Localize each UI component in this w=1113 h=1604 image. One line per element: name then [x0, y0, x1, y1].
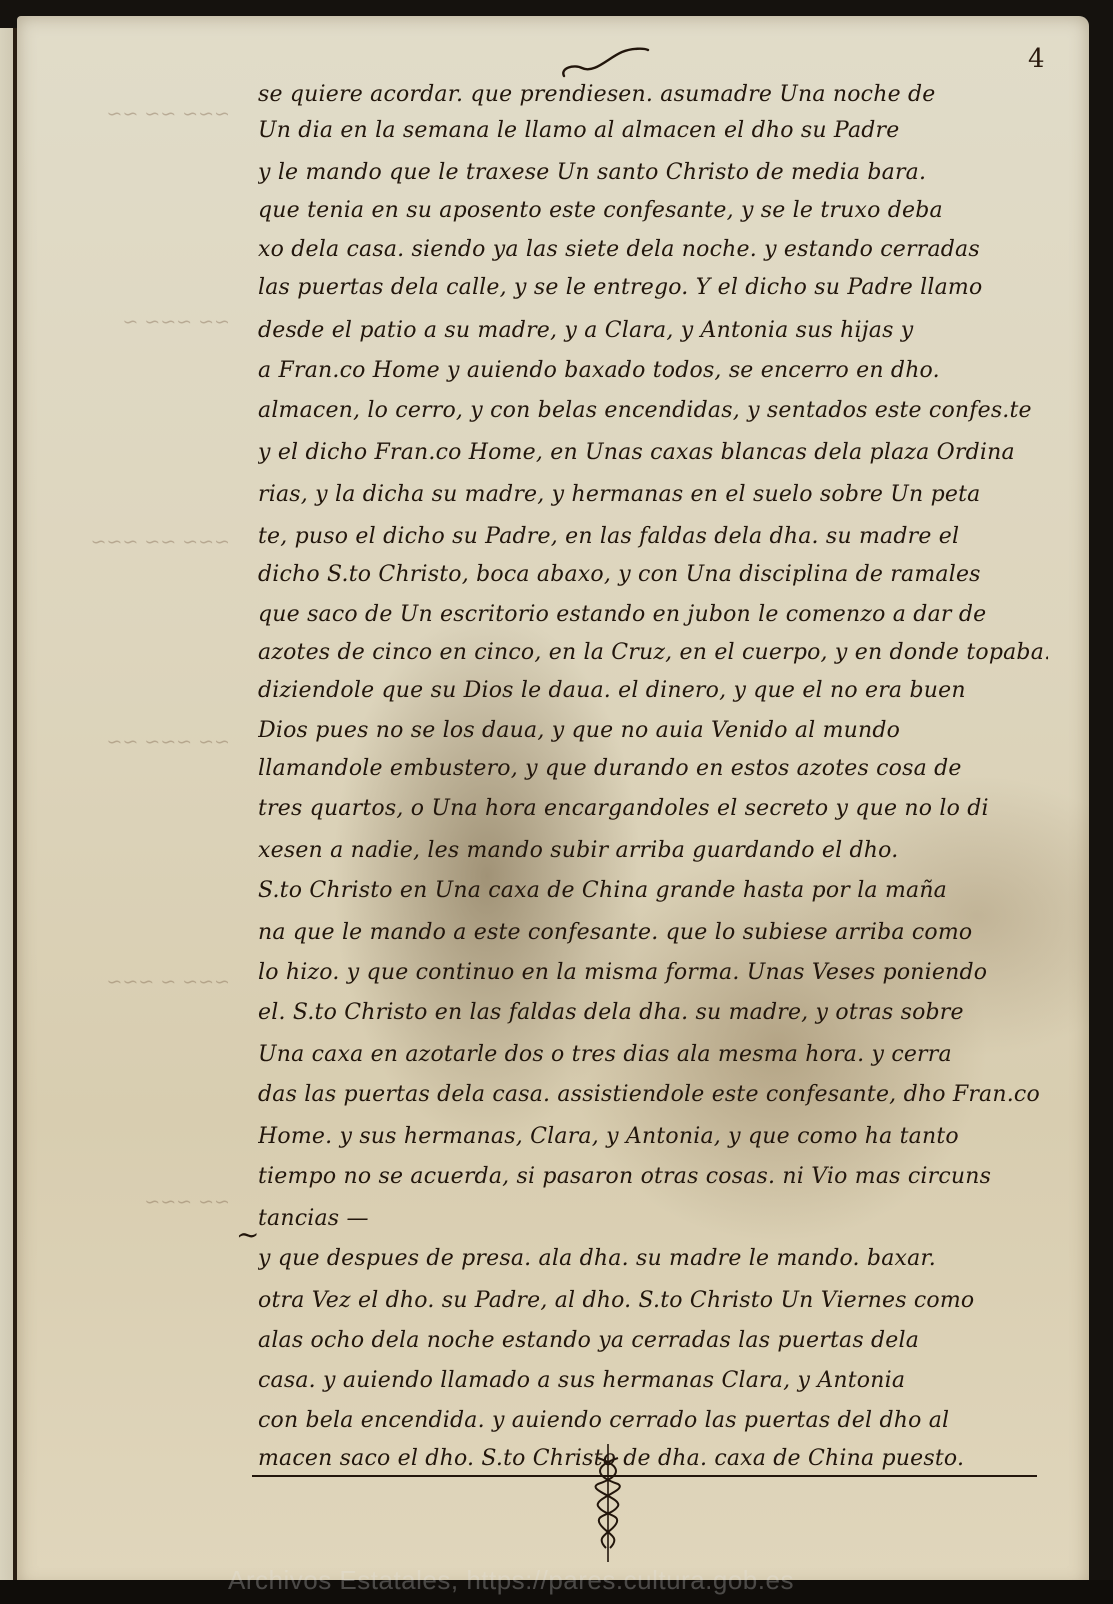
text-line: tres quartos, o Una hora encargandoles e…: [258, 796, 1048, 821]
text-line: las puertas dela calle, y se le entrego.…: [258, 275, 1048, 300]
text-line: tancias —: [258, 1206, 1048, 1231]
bleed-through-text: ~~ ~~~ ~~: [40, 720, 230, 764]
text-line: azotes de cinco en cinco, en la Cruz, en…: [258, 640, 1048, 665]
text-line: llamandole embustero, y que durando en e…: [258, 756, 1048, 781]
text-line: xo dela casa. siendo ya las siete dela n…: [258, 237, 1048, 262]
text-line: almacen, lo cerro, y con belas encendida…: [258, 398, 1048, 423]
paragraph-mark: ~: [236, 1218, 259, 1251]
text-line: macen saco el dho. S.to Christo de dha. …: [258, 1446, 1048, 1471]
text-line: Home. y sus hermanas, Clara, y Antonia, …: [258, 1124, 1048, 1149]
bleed-through-text: ~~~ ~~ ~~: [40, 92, 230, 136]
text-line: tiempo no se acuerda, si pasaron otras c…: [258, 1164, 1048, 1189]
text-line: que tenia en su aposento este confesante…: [258, 198, 1048, 223]
text-line: que saco de Un escritorio estando en jub…: [258, 602, 1048, 627]
text-line: diziendole que su Dios le daua. el diner…: [258, 678, 1048, 703]
text-line: se quiere acordar. que prendiesen. asuma…: [258, 82, 1048, 107]
text-line: con bela encendida. y auiendo cerrado la…: [258, 1408, 1048, 1433]
bleed-through-text: ~~ ~~~ ~: [40, 300, 230, 344]
text-line: casa. y auiendo llamado a sus hermanas C…: [258, 1368, 1048, 1393]
bleed-through-text: ~~ ~~~: [40, 1180, 230, 1224]
adjacent-leaf-edge: [0, 28, 14, 1588]
text-line: te, puso el dicho su Padre, en las falda…: [258, 524, 1048, 549]
text-line: xesen a nadie, les mando subir arriba gu…: [258, 838, 1048, 863]
folio-number: 4: [1028, 44, 1045, 74]
text-line: S.to Christo en Una caxa de China grande…: [258, 878, 1048, 903]
text-line: otra Vez el dho. su Padre, al dho. S.to …: [258, 1288, 1048, 1313]
text-line: desde el patio a su madre, y a Clara, y …: [258, 318, 1048, 343]
text-line: lo hizo. y que continuo en la misma form…: [258, 960, 1048, 985]
closing-rule-line: [252, 1475, 1037, 1477]
text-line: Un dia en la semana le llamo al almacen …: [258, 118, 1048, 143]
text-line: rias, y la dicha su madre, y hermanas en…: [258, 482, 1048, 507]
text-line: y que despues de presa. ala dha. su madr…: [258, 1246, 1048, 1271]
bleed-through-text: ~~~ ~~ ~~~: [40, 520, 230, 564]
text-line: a Fran.co Home y auiendo baxado todos, s…: [258, 358, 1048, 383]
text-line: dicho S.to Christo, boca abaxo, y con Un…: [258, 562, 1048, 587]
rubric-flourish-icon: [588, 1444, 628, 1564]
text-line: na que le mando a este confesante. que l…: [258, 920, 1048, 945]
text-line: alas ocho dela noche estando ya cerradas…: [258, 1328, 1048, 1353]
text-line: y le mando que le traxese Un santo Chris…: [258, 160, 1048, 185]
bleed-through-text: ~~~ ~ ~~~: [40, 960, 230, 1004]
opening-flourish-icon: [560, 46, 650, 80]
archive-watermark: Archivos Estatales, https://pares.cultur…: [228, 1565, 794, 1596]
text-line: Una caxa en azotarle dos o tres dias ala…: [258, 1042, 1048, 1067]
text-line: Dios pues no se los daua, y que no auia …: [258, 718, 1048, 743]
text-line: el. S.to Christo en las faldas dela dha.…: [258, 1000, 1048, 1025]
text-line: das las puertas dela casa. assistiendole…: [258, 1082, 1048, 1107]
text-line: y el dicho Fran.co Home, en Unas caxas b…: [258, 440, 1048, 465]
